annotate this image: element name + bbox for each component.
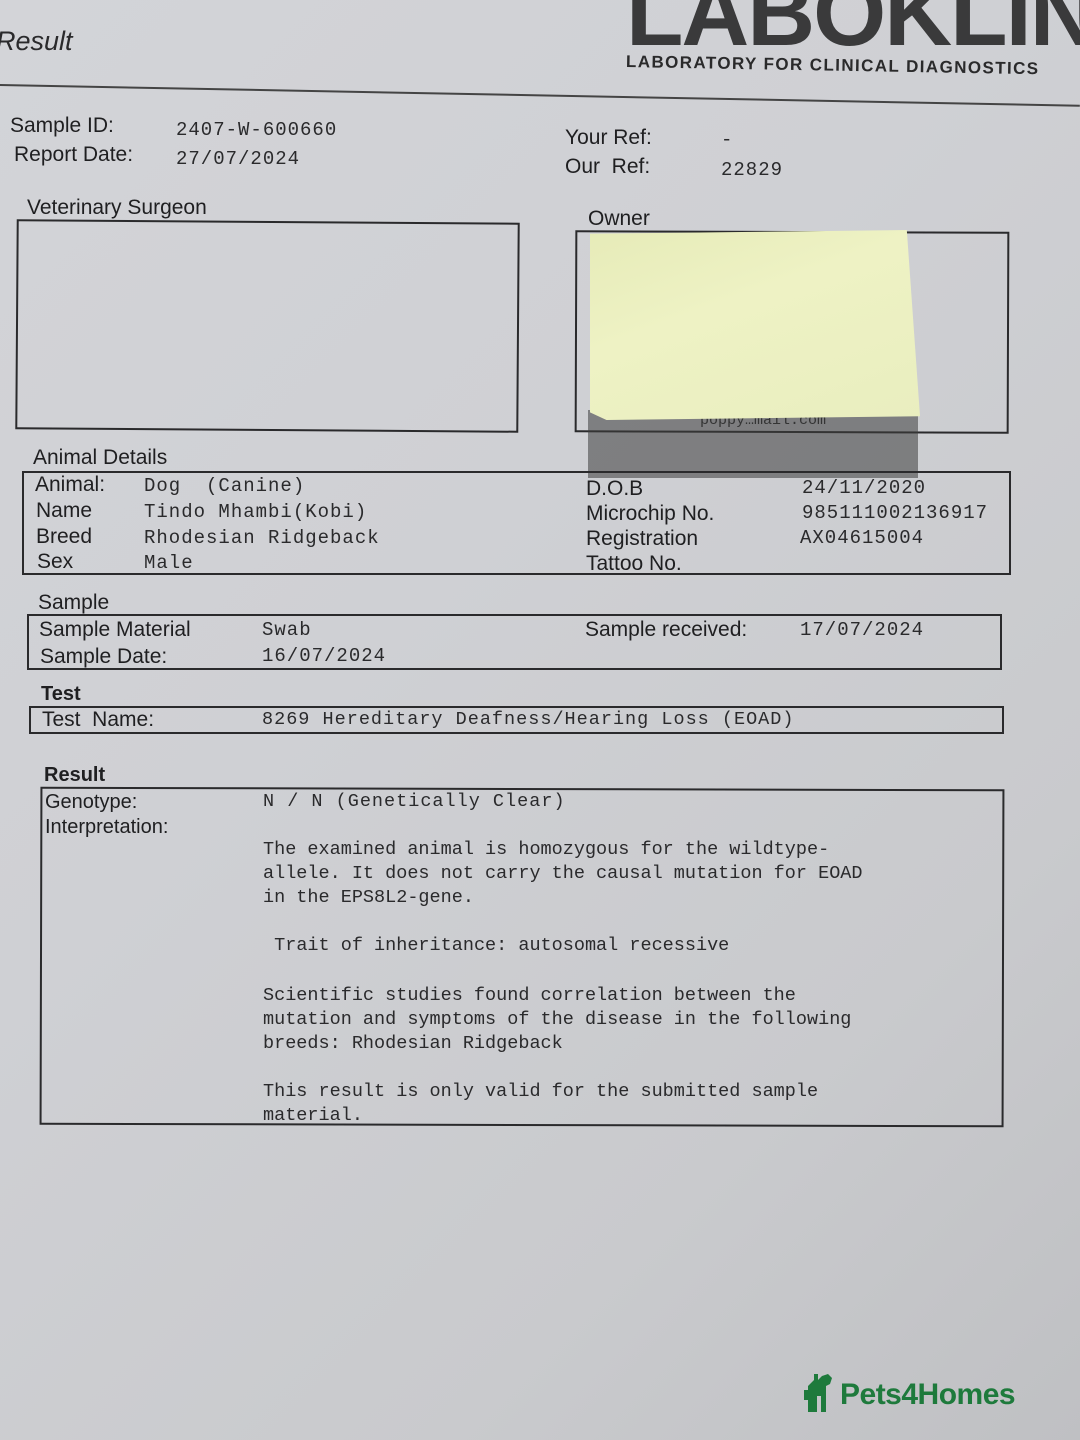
- interpretation-label: Interpretation:: [45, 816, 168, 839]
- your-ref-value: -: [721, 129, 733, 151]
- animal-title: Animal Details: [33, 446, 167, 470]
- name-value: Tindo Mhambi(Kobi): [144, 501, 367, 523]
- microchip-label: Microchip No.: [586, 502, 714, 526]
- sample-material-value: Swab: [262, 619, 312, 641]
- dob-label: D.O.B: [586, 477, 643, 501]
- our-ref-label: Our Ref:: [565, 155, 650, 179]
- sample-date-label: Sample Date:: [40, 645, 167, 669]
- interpretation-paragraph-1: The examined animal is homozygous for th…: [263, 838, 983, 910]
- genotype-value: N / N (Genetically Clear): [263, 791, 566, 812]
- sample-received-value: 17/07/2024: [800, 619, 924, 641]
- sex-label: Sex: [37, 550, 73, 574]
- your-ref-label: Your Ref:: [565, 126, 652, 150]
- tattoo-label: Tattoo No.: [586, 552, 682, 576]
- dog-house-icon: [804, 1372, 836, 1417]
- registration-value: AX04615004: [800, 527, 924, 549]
- microchip-value: 985111002136917: [802, 502, 988, 524]
- interpretation-paragraph-2: Trait of inheritance: autosomal recessiv…: [263, 934, 983, 958]
- sample-id-value: 2407-W-600660: [176, 119, 337, 141]
- result-title: Result: [44, 764, 105, 787]
- animal-label: Animal:: [35, 473, 105, 497]
- owner-title: Owner: [588, 207, 650, 231]
- report-date-label: Report Date:: [14, 143, 133, 167]
- breed-label: Breed: [36, 525, 92, 549]
- sample-date-value: 16/07/2024: [262, 645, 386, 667]
- test-name-label: Test Name:: [42, 708, 154, 732]
- interpretation-paragraph-3: Scientific studies found correlation bet…: [263, 984, 983, 1056]
- dob-value: 24/11/2020: [802, 477, 926, 499]
- laboklin-logo: LABOKLIN: [626, 0, 1080, 60]
- vet-box: [15, 219, 519, 433]
- report-date-value: 27/07/2024: [176, 148, 300, 170]
- test-name-value: 8269 Hereditary Deafness/Hearing Loss (E…: [262, 709, 794, 730]
- sample-received-label: Sample received:: [585, 618, 747, 642]
- interpretation-paragraph-4: This result is only valid for the submit…: [263, 1080, 983, 1128]
- vet-title: Veterinary Surgeon: [27, 196, 207, 220]
- sample-material-label: Sample Material: [39, 618, 191, 642]
- page-title: Result: [0, 26, 73, 57]
- sticky-note-shadow: [588, 410, 918, 478]
- pets4homes-watermark: Pets4Homes: [804, 1372, 1015, 1417]
- sample-id-label: Sample ID:: [10, 114, 114, 138]
- sample-title: Sample: [38, 591, 109, 615]
- sex-value: Male: [144, 552, 194, 574]
- header-divider: [0, 84, 1080, 107]
- animal-value: Dog (Canine): [144, 475, 305, 497]
- sticky-note: [590, 230, 920, 420]
- test-title: Test: [41, 683, 81, 706]
- registration-label: Registration: [586, 527, 698, 551]
- breed-value: Rhodesian Ridgeback: [144, 527, 380, 549]
- name-label: Name: [36, 499, 92, 523]
- genotype-label: Genotype:: [45, 791, 137, 814]
- our-ref-value: 22829: [721, 159, 783, 181]
- brand-name: Pets4Homes: [840, 1378, 1015, 1412]
